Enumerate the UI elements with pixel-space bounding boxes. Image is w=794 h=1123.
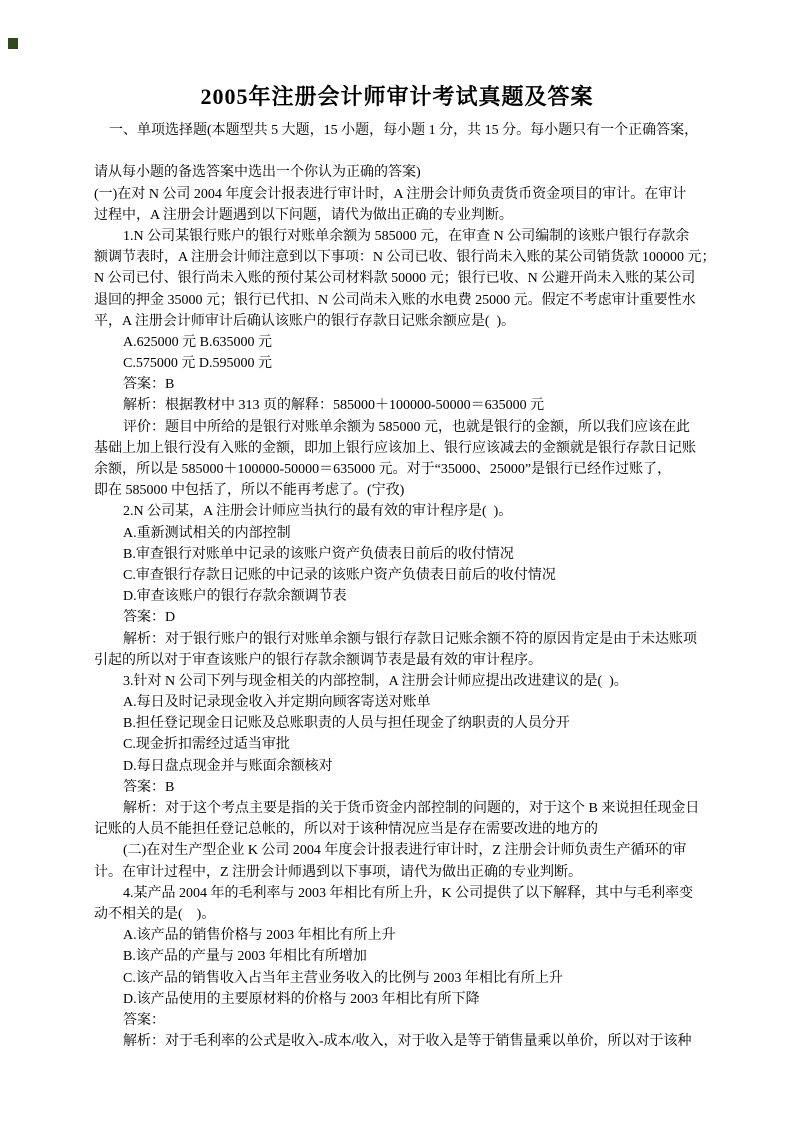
text-line: D.每日盘点现金并与账面余额核对 — [94, 756, 784, 777]
text-line: 记账的人员不能担任登记总帐的，所以对于该种情况应当是存在需要改进的地方的 — [94, 819, 784, 840]
text-line: 过程中，A 注册会计题遇到以下问题，请代为做出正确的专业判断。 — [94, 205, 784, 226]
text-line: 评价：题目中所给的是银行对账单余额为 585000 元，也就是银行的金额，所以我… — [94, 417, 784, 438]
text-line: N 公司已付、银行尚未入账的预付某公司材料款 50000 元；银行已收、N 公避… — [94, 268, 784, 289]
text-line: 解析：对于毛利率的公式是收入-成本/收入，对于收入是等于销售量乘以单价，所以对于… — [94, 1031, 784, 1052]
text-line: 答案：B — [94, 374, 784, 395]
blank-line — [94, 141, 784, 162]
text-line: 平，A 注册会计师审计后确认该账户的银行存款日记账余额应是( )。 — [94, 311, 784, 332]
text-line: A.该产品的销售价格与 2003 年相比有所上升 — [94, 925, 784, 946]
text-line: B.该产品的产量与 2003 年相比有所增加 — [94, 946, 784, 967]
text-line: 动不相关的是( )。 — [94, 904, 784, 925]
text-line: 即在 585000 中包括了，所以不能再考虑了。(宁孜) — [94, 480, 784, 501]
text-line: 3.针对 N 公司下列与现金相关的内部控制，A 注册会计师应提出改进建议的是( … — [94, 671, 784, 692]
corner-mark — [8, 38, 18, 49]
text-line: 解析：根据教材中 313 页的解释：585000＋100000-50000＝63… — [94, 395, 784, 416]
text-line: D.该产品使用的主要原材料的价格与 2003 年相比有所下降 — [94, 989, 784, 1010]
text-line: C.现金折扣需经过适当审批 — [94, 734, 784, 755]
text-line: 解析：对于银行账户的银行对账单余额与银行存款日记账余额不符的原因肯定是由于未达账… — [94, 629, 784, 650]
text-line: (二)在对生产型企业 K 公司 2004 年度会计报表进行审计时，Z 注册会计师… — [94, 840, 784, 861]
text-line: A.每日及时记录现金收入并定期向顾客寄送对账单 — [94, 692, 784, 713]
text-line: 4.某产品 2004 年的毛利率与 2003 年相比有所上升，K 公司提供了以下… — [94, 883, 784, 904]
text-line: 退回的押金 35000 元；银行已代扣、N 公司尚未入账的水电费 25000 元… — [94, 290, 784, 311]
text-line: 基础上加上银行没有入账的金额，即加上银行应该加上、银行应该减去的金额就是银行存款… — [94, 438, 784, 459]
text-line: 答案： — [94, 1010, 784, 1031]
text-line: 额调节表时，A 注册会计师注意到以下事项：N 公司已收、银行尚未入账的某公司销货… — [94, 247, 784, 268]
text-line: C.575000 元 D.595000 元 — [94, 353, 784, 374]
text-line: 解析：对于这个考点主要是指的关于货币资金内部控制的问题的，对于这个 B 来说担任… — [94, 798, 784, 819]
document-body: 一、单项选择题(本题型共 5 大题，15 小题，每小题 1 分，共 15 分。每… — [0, 120, 794, 1052]
text-line: 引起的所以对于审查该账户的银行存款余额调节表是最有效的审计程序。 — [94, 650, 784, 671]
text-line: 1.N 公司某银行账户的银行对账单余额为 585000 元，在审查 N 公司编制… — [94, 226, 784, 247]
text-line: 答案：D — [94, 607, 784, 628]
text-line: A.重新测试相关的内部控制 — [94, 523, 784, 544]
text-line: A.625000 元 B.635000 元 — [94, 332, 784, 353]
text-line: 答案：B — [94, 777, 784, 798]
text-line: C.审查银行存款日记账的中记录的该账户资产负债表日前后的收付情况 — [94, 565, 784, 586]
text-line: 一、单项选择题(本题型共 5 大题，15 小题，每小题 1 分，共 15 分。每… — [94, 120, 784, 141]
text-line: 请从每小题的备选答案中选出一个你认为正确的答案) — [94, 162, 784, 183]
text-line: B.审查银行对账单中记录的该账户资产负债表日前后的收付情况 — [94, 544, 784, 565]
text-line: 计。在审计过程中，Z 注册会计师遇到以下事项，请代为做出正确的专业判断。 — [94, 862, 784, 883]
text-line: D.审查该账户的银行存款余额调节表 — [94, 586, 784, 607]
text-line: (一)在对 N 公司 2004 年度会计报表进行审计时，A 注册会计师负责货币资… — [94, 184, 784, 205]
text-line: 余额，所以是 585000＋100000-50000＝635000 元。对于“3… — [94, 459, 784, 480]
page-title: 2005年注册会计师审计考试真题及答案 — [0, 0, 794, 110]
text-line: C.该产品的销售收入占当年主营业务收入的比例与 2003 年相比有所上升 — [94, 968, 784, 989]
document-page: 2005年注册会计师审计考试真题及答案 一、单项选择题(本题型共 5 大题，15… — [0, 0, 794, 1123]
text-line: 2.N 公司某，A 注册会计师应当执行的最有效的审计程序是( )。 — [94, 501, 784, 522]
text-line: B.担任登记现金日记账及总账职责的人员与担任现金了纳职责的人员分开 — [94, 713, 784, 734]
